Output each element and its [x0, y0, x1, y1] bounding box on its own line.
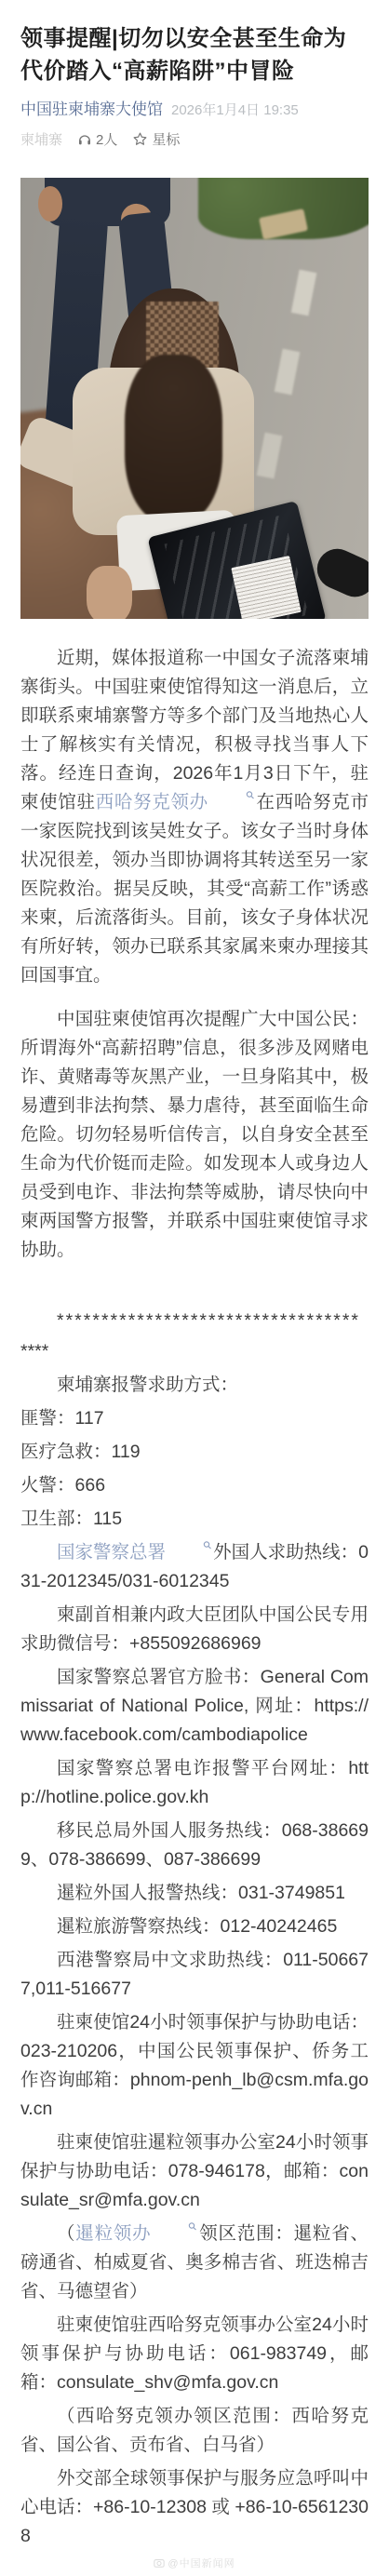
- article-paragraph: 医疗急救：119: [20, 1438, 369, 1467]
- listeners-button[interactable]: 2人: [77, 129, 117, 149]
- news-logo-icon: [154, 2557, 165, 2569]
- article-paragraph: 近期，媒体报道称一中国女子流落柬埔寨街头。中国驻柬使馆得知这一消息后，立即联系柬…: [20, 644, 369, 990]
- article-paragraph: 驻柬使馆驻暹粒领事办公室24小时领事保护与协助电话：078-946178，邮箱：…: [20, 2128, 369, 2215]
- star-label: 星标: [152, 129, 180, 149]
- article-paragraph: （西哈努克领办领区范围：西哈努克省、国公省、贡布省、白马省）: [20, 2402, 369, 2460]
- watermark: @中国新闻网: [0, 2556, 389, 2570]
- photo-lane-marking: [257, 433, 282, 479]
- post-title: 领事提醒|切勿以安全甚至生命为代价踏入“高薪陷阱”中冒险: [0, 0, 389, 87]
- article-paragraph: 国家警察总署电诈报警平台网址：http://hotline.police.gov…: [20, 1754, 369, 1812]
- article-paragraph: 西港警察局中文求助热线：011-506677,011-516677: [20, 1946, 369, 2004]
- article-paragraph: 驻柬使馆驻西哈努克领事办公室24小时领事保护与协助电话：061-983749，邮…: [20, 2311, 369, 2397]
- article-paragraph: 国家警察总署官方脸书：General Commissariat of Natio…: [20, 1663, 369, 1750]
- photo-lane-marking: [291, 269, 316, 315]
- listener-count: 2人: [96, 129, 117, 149]
- star-button[interactable]: 星标: [132, 129, 180, 149]
- photo-paper: [231, 556, 301, 619]
- inline-topic-link[interactable]: 国家警察总署: [57, 1542, 166, 1563]
- location-tag[interactable]: 柬埔寨: [20, 129, 62, 149]
- post-byline: 中国驻柬埔寨大使馆 2026年1月4日 19:35: [0, 96, 389, 119]
- article-paragraph: 卫生部：115: [20, 1505, 369, 1534]
- article-paragraph: 柬埔寨报警求助方式：: [20, 1371, 369, 1400]
- inline-topic-link[interactable]: 暹粒领办: [75, 2223, 151, 2244]
- article-paragraph: 移民总局外国人服务热线：068-386699、078-386699、087-38…: [20, 1817, 369, 1874]
- star-icon: [132, 131, 148, 147]
- article-paragraph: 外交部全球领事保护与服务应急呼叫中心电话：+86-10-12308 或 +86-…: [20, 2464, 369, 2551]
- article-paragraph: ****: [20, 1337, 369, 1366]
- article-paragraph: 暹粒外国人报警热线：031-3749851: [20, 1879, 369, 1908]
- post-timestamp: 2026年1月4日 19:35: [171, 100, 299, 119]
- article-paragraph: 匪警：117: [20, 1404, 369, 1433]
- article-paragraph: **********************************: [20, 1307, 369, 1335]
- article-paragraph: 驻柬使馆24小时领事保护与协助电话：023-210206，中国公民领事保护、侨务…: [20, 2008, 369, 2124]
- article-paragraph: 中国驻柬使馆再次提醒广大中国公民：所谓海外“高薪招聘”信息，很多涉及网赌电诈、黄…: [20, 1005, 369, 1265]
- search-superscript-icon[interactable]: [167, 1540, 212, 1550]
- headphones-icon: [77, 132, 92, 147]
- photo-lane-marking: [274, 349, 299, 396]
- watermark-text: @中国新闻网: [168, 2556, 235, 2570]
- post-photo[interactable]: [20, 178, 369, 619]
- weibo-article-page: 领事提醒|切勿以安全甚至生命为代价踏入“高薪陷阱”中冒险 中国驻柬埔寨大使馆 2…: [0, 0, 389, 2576]
- article-paragraph: 暹粒旅游警察热线：012-40242465: [20, 1912, 369, 1941]
- post-meta-row: 柬埔寨 2人 星标: [0, 129, 389, 149]
- photo-woman-leg: [87, 566, 132, 619]
- photo-woman-hair-front: [125, 355, 222, 522]
- photo-slipper: [311, 543, 369, 603]
- search-superscript-icon[interactable]: [209, 790, 255, 800]
- article-paragraph: （暹粒领办领区范围：暹粒省、磅通省、柏威夏省、奥多棉吉省、班迭棉吉省、马德望省）: [20, 2220, 369, 2306]
- search-superscript-icon[interactable]: [152, 2221, 197, 2232]
- author-name[interactable]: 中国驻柬埔寨大使馆: [20, 96, 163, 119]
- article-paragraph: 国家警察总署外国人求助热线：031-2012345/031-6012345: [20, 1538, 369, 1596]
- article-paragraph: 火警：666: [20, 1471, 369, 1500]
- article-body: 近期，媒体报道称一中国女子流落柬埔寨街头。中国驻柬使馆得知这一消息后，立即联系柬…: [0, 644, 389, 2551]
- inline-topic-link[interactable]: 西哈努克领办: [96, 792, 208, 812]
- photo-bystander-hand: [38, 186, 62, 221]
- article-paragraph: 柬副首相兼内政大臣团队中国公民专用求助微信号：+855092686969: [20, 1601, 369, 1658]
